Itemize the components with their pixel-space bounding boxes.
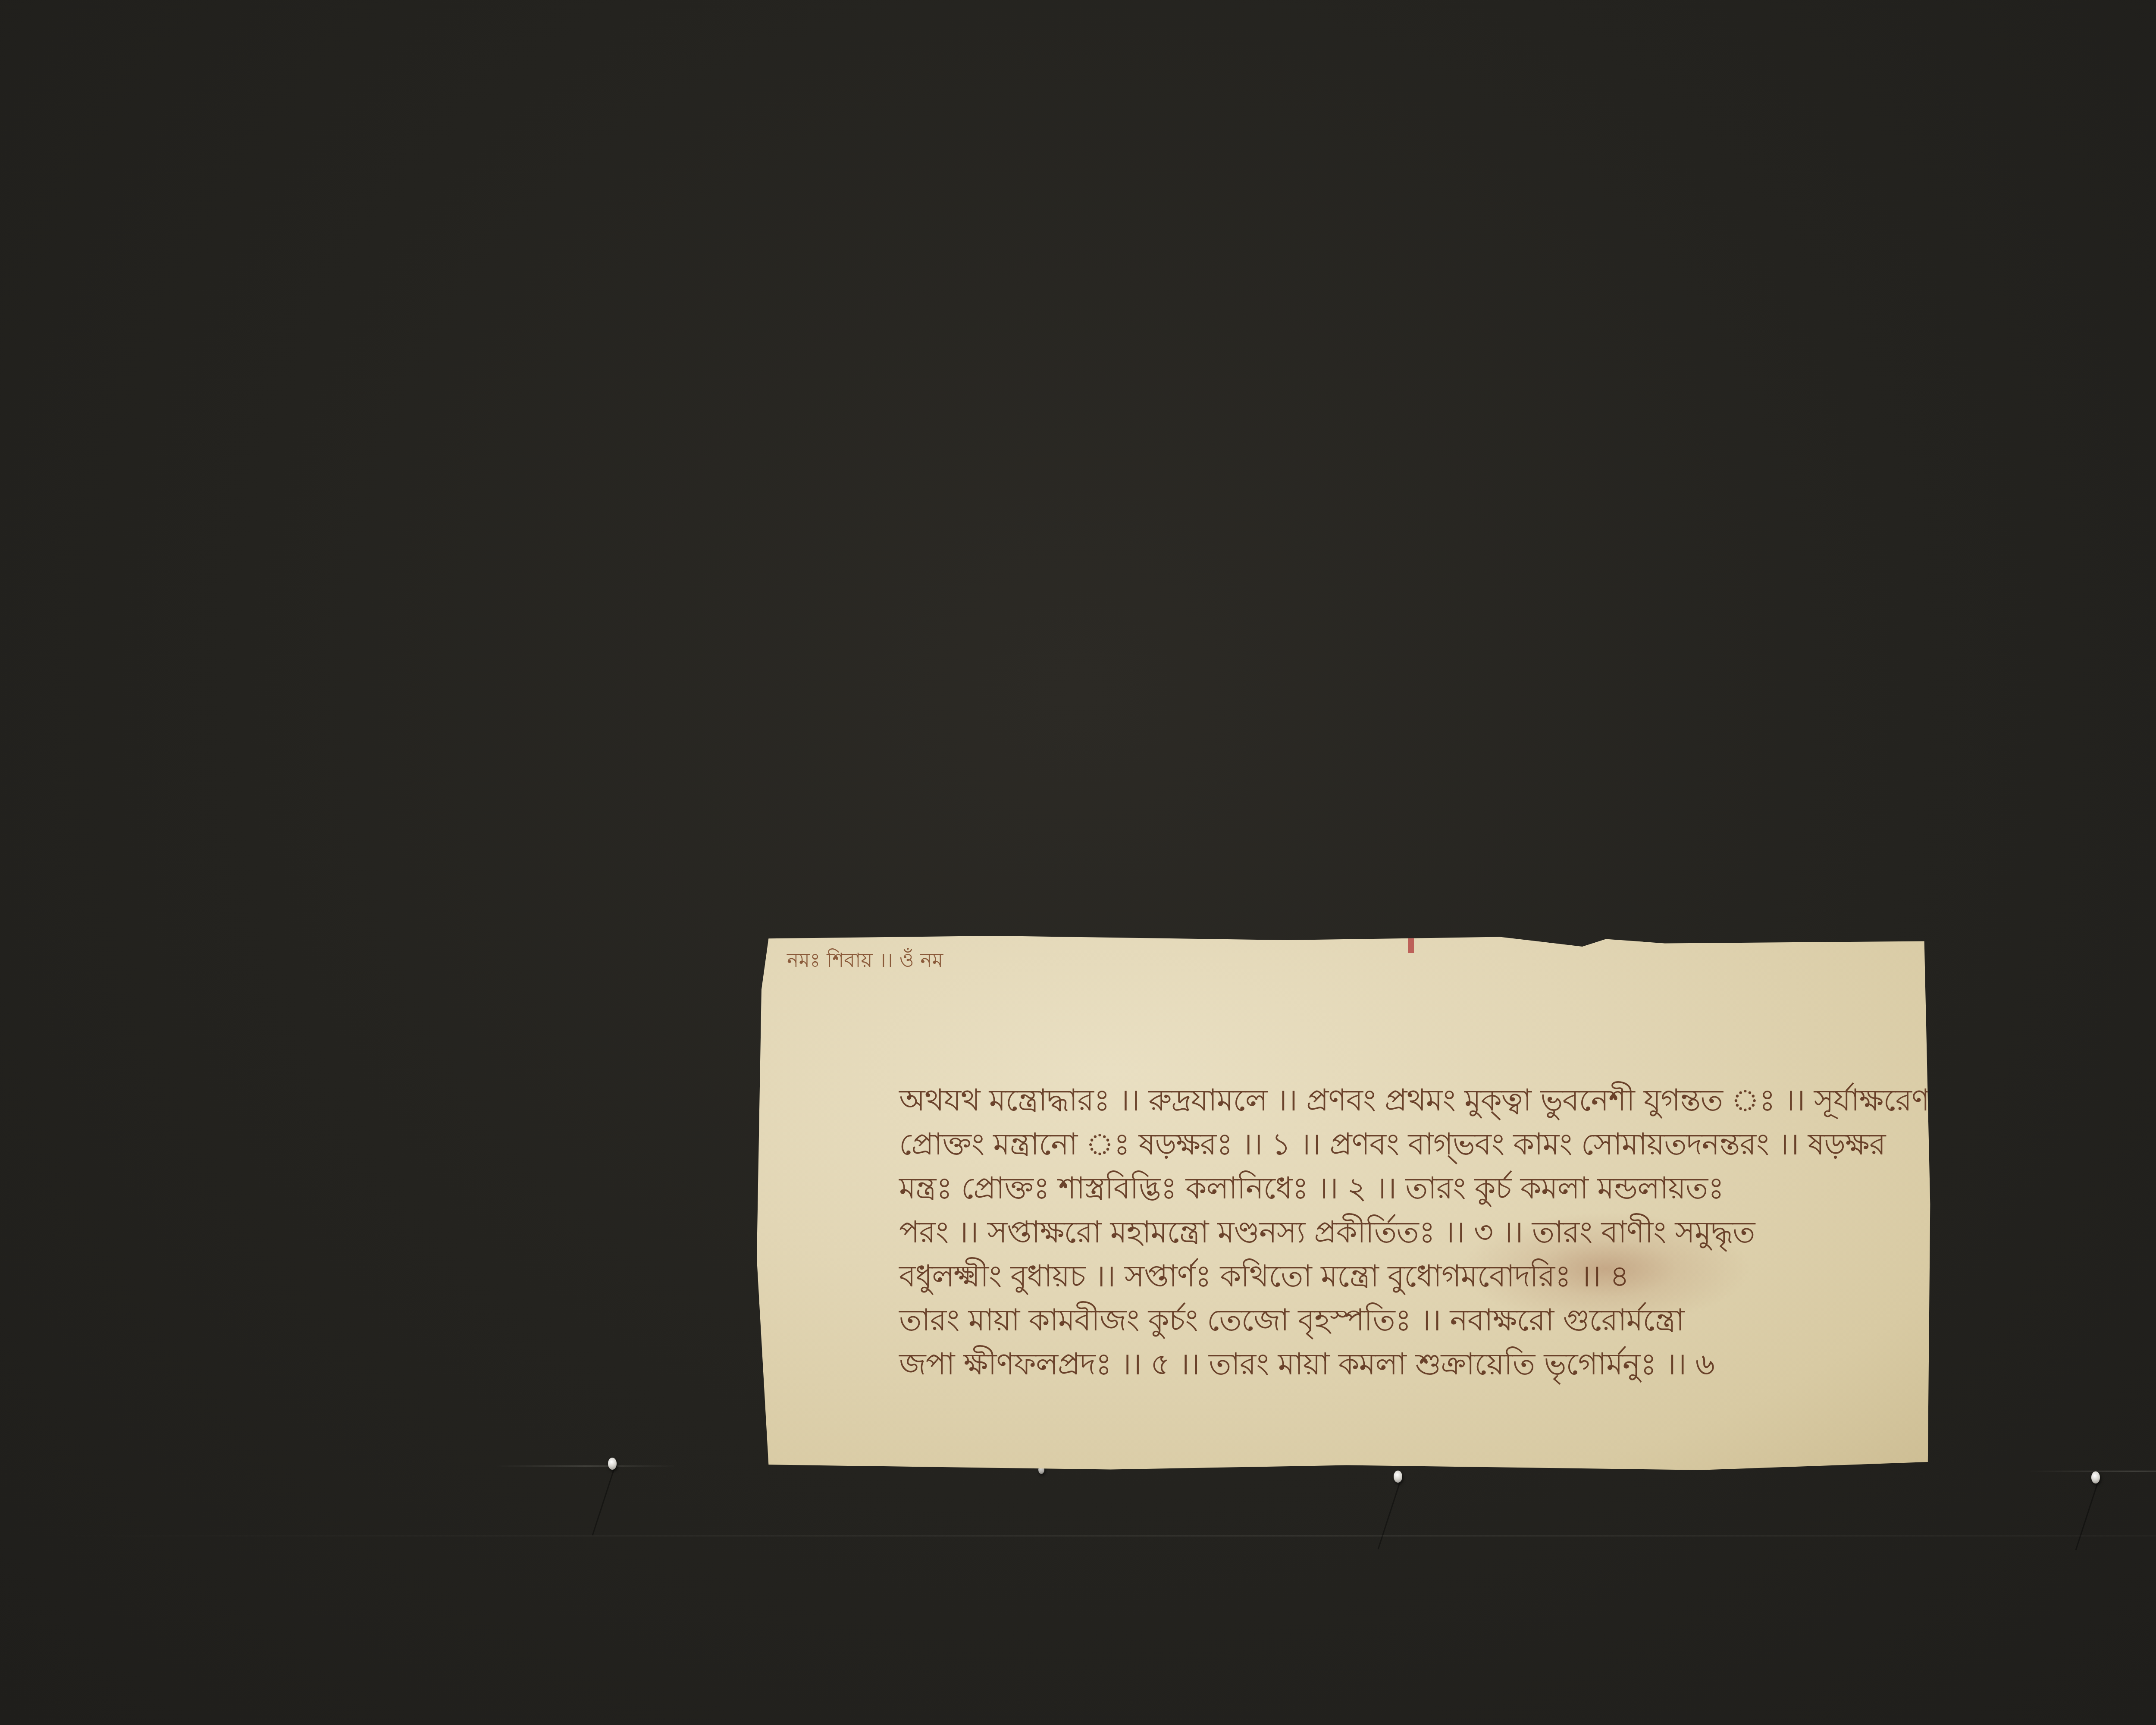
manuscript-line: তারং মায়া কামবীজং কুর্চং তেজো বৃহস্পতিঃ… [899, 1298, 1912, 1342]
board-line [496, 1465, 677, 1467]
pin-shadow [592, 1470, 614, 1536]
invocation-header: নমঃ শিবায় ।। ওঁ নম [787, 945, 943, 978]
manuscript-line: প্রোক্তং মন্ত্রানো ঃ ষড়ক্ষরঃ ।। ১ ।। প্… [899, 1122, 1912, 1166]
pin-icon [2091, 1471, 2100, 1483]
pin-shadow [1378, 1483, 1400, 1549]
board-line [2027, 1471, 2156, 1472]
pin-icon [1394, 1471, 1402, 1483]
manuscript-text: অথযথ মন্ত্রোদ্ধারঃ ।। রুদ্রযামলে ।। প্রণ… [899, 1078, 1912, 1386]
manuscript-line: অথযথ মন্ত্রোদ্ধারঃ ।। রুদ্রযামলে ।। প্রণ… [899, 1078, 1912, 1122]
pin-icon [608, 1458, 617, 1470]
manuscript-line: মন্ত্রঃ প্রোক্তঃ শাস্ত্রবিদ্ভিঃ কলানিধেঃ… [899, 1166, 1912, 1210]
manuscript-page: নমঃ শিবায় ।। ওঁ নম অথযথ মন্ত্রোদ্ধারঃ ।… [757, 936, 1936, 1473]
red-ink-mark [1408, 936, 1414, 953]
manuscript-line: জপা ক্ষীণফলপ্রদঃ ।। ৫ ।। তারং মায়া কমলা… [899, 1342, 1912, 1386]
pin-shadow [2075, 1484, 2098, 1550]
board-line [43, 1535, 2156, 1537]
manuscript-line: বধুলক্ষ্মীং বুধায়চ ।। সপ্তার্ণঃ কথিতো ম… [899, 1254, 1912, 1298]
manuscript-line: পরং ।। সপ্তাক্ষরো মহামন্ত্রো মণ্ডনস্য প্… [899, 1210, 1912, 1254]
